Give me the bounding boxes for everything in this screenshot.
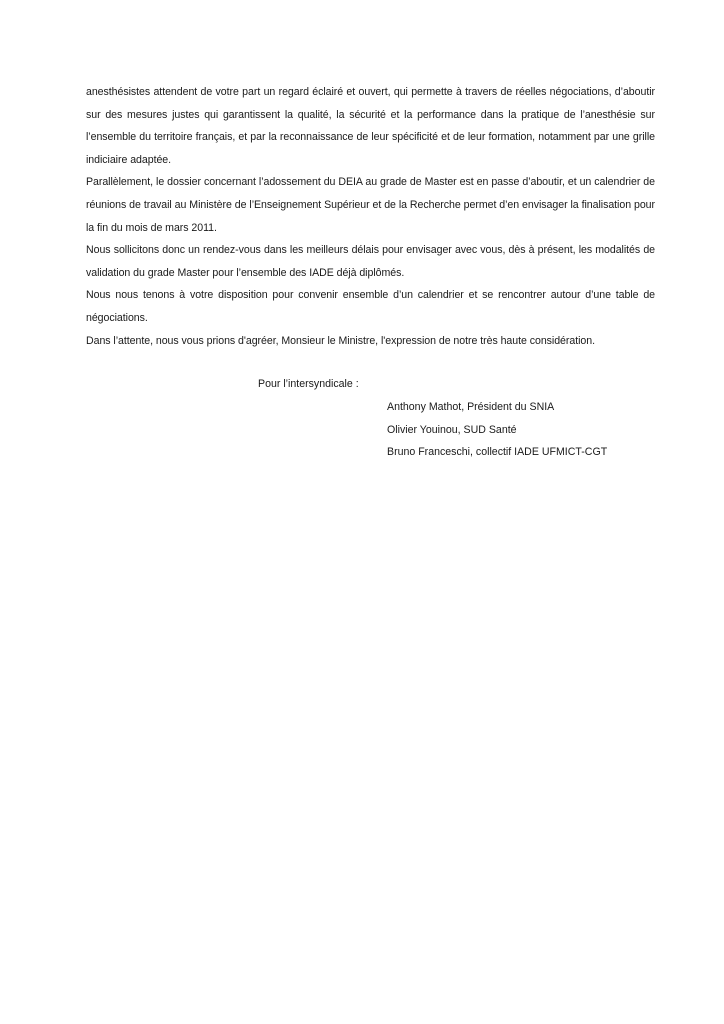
signatory-snia: Anthony Mathot, Président du SNIA [387, 396, 607, 419]
signatory-sud-sante: Olivier Youinou, SUD Santé [387, 419, 607, 442]
paragraph-meeting-request: Nous sollicitons donc un rendez-vous dan… [86, 239, 655, 284]
paragraph-master-grade: Parallèlement, le dossier concernant l’a… [86, 171, 655, 239]
signature-intro: Pour l’intersyndicale : [258, 373, 359, 395]
document-page: anesthésistes attendent de votre part un… [0, 0, 724, 1024]
signatories-list: Anthony Mathot, Président du SNIA Olivie… [387, 396, 607, 464]
letter-body: anesthésistes attendent de votre part un… [86, 81, 655, 352]
signatory-cgt: Bruno Franceschi, collectif IADE UFMICT-… [387, 441, 607, 464]
paragraph-closing: Dans l’attente, nous vous prions d'agrée… [86, 330, 655, 353]
paragraph-availability: Nous nous tenons à votre disposition pou… [86, 284, 655, 329]
paragraph-negotiations: anesthésistes attendent de votre part un… [86, 81, 655, 171]
